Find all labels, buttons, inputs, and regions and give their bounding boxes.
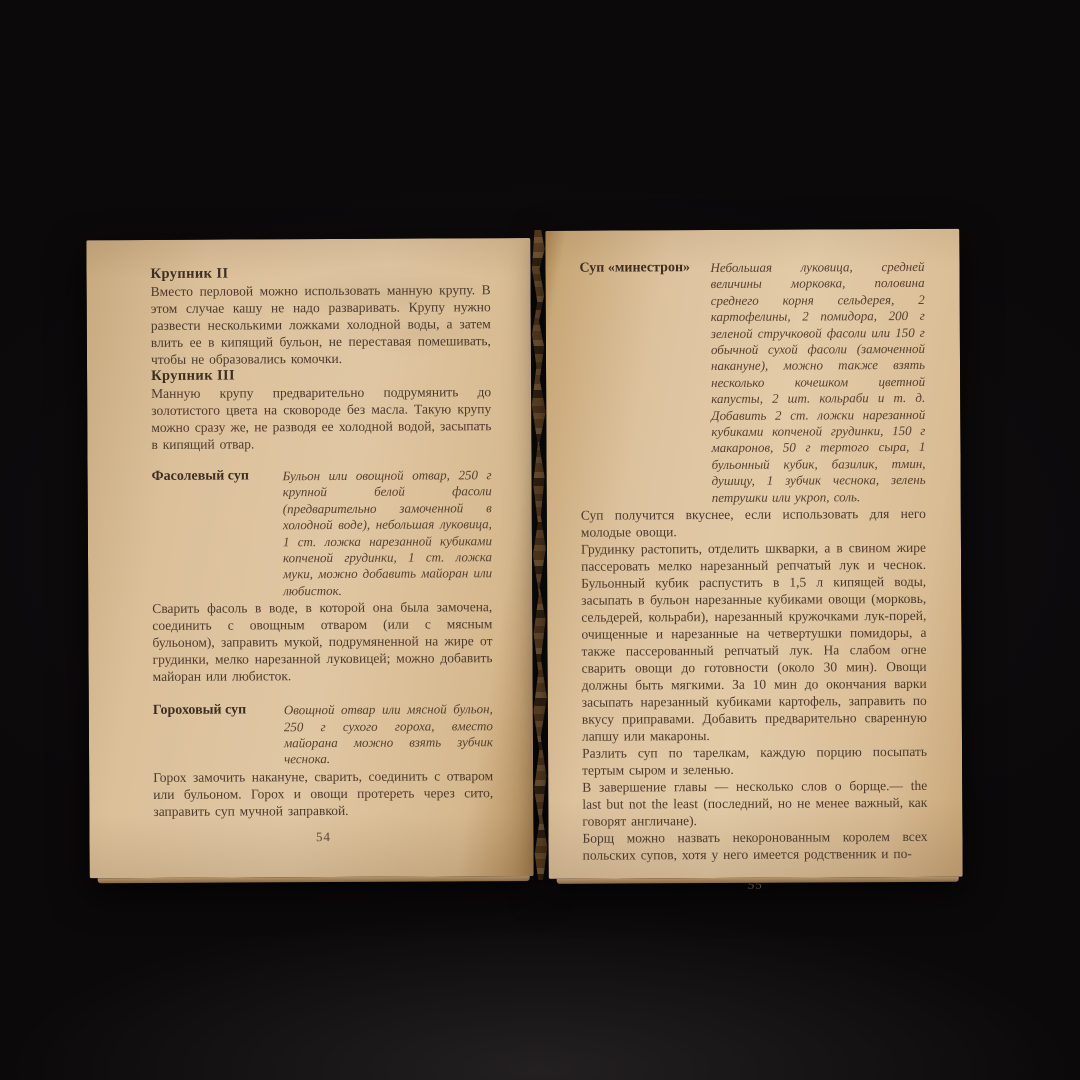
- open-book: Крупник II Вместо перловой можно использ…: [82, 224, 969, 883]
- paragraph: Грудинку растопить, отделить шкварки, а …: [581, 539, 927, 745]
- paragraph: Горох замочить накануне, сварить, соедин…: [153, 767, 493, 820]
- paragraph: Сварить фасоль в воде, в которой она был…: [152, 598, 492, 685]
- right-page-content: Суп «минестрон» Небольшая луковица, сред…: [545, 229, 962, 879]
- left-page-content: Крупник II Вместо перловой можно использ…: [86, 238, 533, 878]
- paragraph: В завершение главы — несколько слов о бо…: [582, 777, 927, 830]
- recipe-name: Фасолевый суп: [152, 468, 283, 485]
- recipe-entry: Суп «минестрон» Небольшая луковица, сред…: [579, 259, 925, 507]
- recipe-name: Гороховый суп: [153, 703, 284, 720]
- paragraph: Вместо перловой можно использовать манну…: [151, 281, 491, 368]
- paragraph: Борщ можно назвать некоронованным короле…: [582, 828, 927, 864]
- paragraph: Манную крупу предварительно подрумянить …: [151, 383, 491, 453]
- recipe-name: Суп «минестрон»: [579, 260, 710, 277]
- recipe-entry: Гороховый суп Овощной отвар или мясной б…: [153, 701, 493, 768]
- photo-background: Крупник II Вместо перловой можно использ…: [0, 0, 1080, 1080]
- recipe-ingredients: Небольшая луковица, средней величины мор…: [710, 259, 925, 506]
- paragraph: Суп получится вкуснее, если использовать…: [581, 505, 926, 541]
- right-page: Суп «минестрон» Небольшая луковица, сред…: [545, 229, 962, 879]
- recipe-entry: Фасолевый суп Бульон или овощной отвар, …: [152, 467, 493, 600]
- paragraph: Разлить суп по тарелкам, каждую порцию п…: [582, 743, 927, 779]
- page-number: 54: [153, 828, 493, 846]
- page-number: 55: [583, 876, 928, 894]
- section-heading: Крупник III: [151, 366, 491, 385]
- recipe-ingredients: Бульон или овощной отвар, 250 г крупной …: [283, 467, 493, 599]
- left-page: Крупник II Вместо перловой можно использ…: [86, 238, 533, 878]
- section-heading: Крупник II: [150, 264, 490, 283]
- recipe-ingredients: Овощной отвар или мясной бульон, 250 г с…: [284, 701, 493, 768]
